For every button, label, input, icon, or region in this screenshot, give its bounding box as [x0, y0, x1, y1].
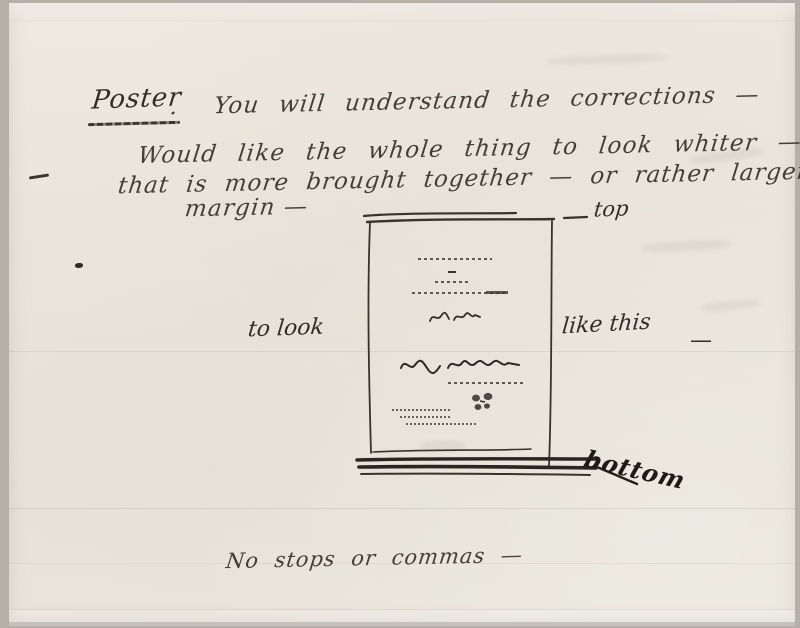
note-line-1-text: You will understand the corrections — — [213, 82, 762, 120]
paper: Poster . You will understand the correct… — [9, 3, 795, 622]
paper-top-edge — [9, 3, 795, 21]
note-line-4: margin — — [183, 194, 309, 223]
label-to-look: to look — [247, 315, 326, 343]
poster-interior — [368, 222, 552, 462]
scribble-title-line — [418, 258, 492, 260]
pointer-dash-top — [564, 217, 587, 218]
scribble-name-mr-whistler — [428, 308, 482, 326]
label-top: top — [593, 196, 630, 221]
paper-bottom-edge — [9, 609, 795, 626]
photo-backdrop: { "photo": { "backdrop_color": "#b4b0a8"… — [0, 0, 800, 628]
scribble-mark — [448, 271, 456, 273]
small-print-line — [400, 416, 452, 418]
note-line-1: . You will understand the corrections — — [169, 82, 762, 120]
label-like-this: like this — [561, 310, 652, 340]
ink-spot — [75, 263, 83, 268]
butterfly-mark — [468, 390, 498, 414]
label-like-this-dash: — — [690, 328, 712, 353]
poster-heading-underline — [88, 121, 180, 126]
heading-period: . — [169, 94, 181, 120]
small-print-line — [406, 423, 476, 425]
scribble-subtitle-line — [448, 382, 524, 384]
ghost-showthrough — [547, 53, 667, 66]
scribble-short-line — [435, 281, 469, 283]
small-print-line — [392, 409, 452, 411]
scribble-goupil-gallery — [398, 354, 522, 380]
ink-dash-mark — [29, 173, 49, 179]
footer-note: No stops or commas — — [225, 543, 525, 573]
scribble-mark — [486, 291, 508, 294]
